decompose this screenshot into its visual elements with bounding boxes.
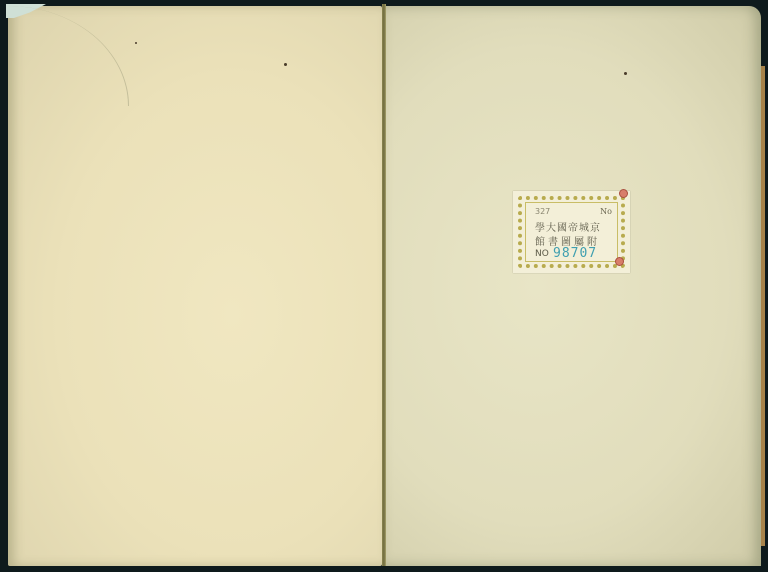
book-scan: 327 No 學大國帝城京 館書圖屬附 NO 98707 [0,0,768,572]
page-crease [8,6,129,106]
paper-speck [624,72,627,75]
paper-speck [135,42,137,44]
left-endpaper [8,6,382,566]
page-edge [761,66,765,546]
accession-number: 98707 [553,246,597,261]
red-stamp-mark [615,257,624,266]
institution-name: 學大國帝城京 [535,219,601,234]
paper-speck [284,63,287,66]
library-accession-label: 327 No 學大國帝城京 館書圖屬附 NO 98707 [513,191,630,273]
no-label-top: No [600,207,612,216]
shelf-mark: 327 [535,207,550,216]
red-stamp-mark [619,189,628,198]
no-prefix: NO [535,249,549,259]
right-endpaper [386,6,761,566]
